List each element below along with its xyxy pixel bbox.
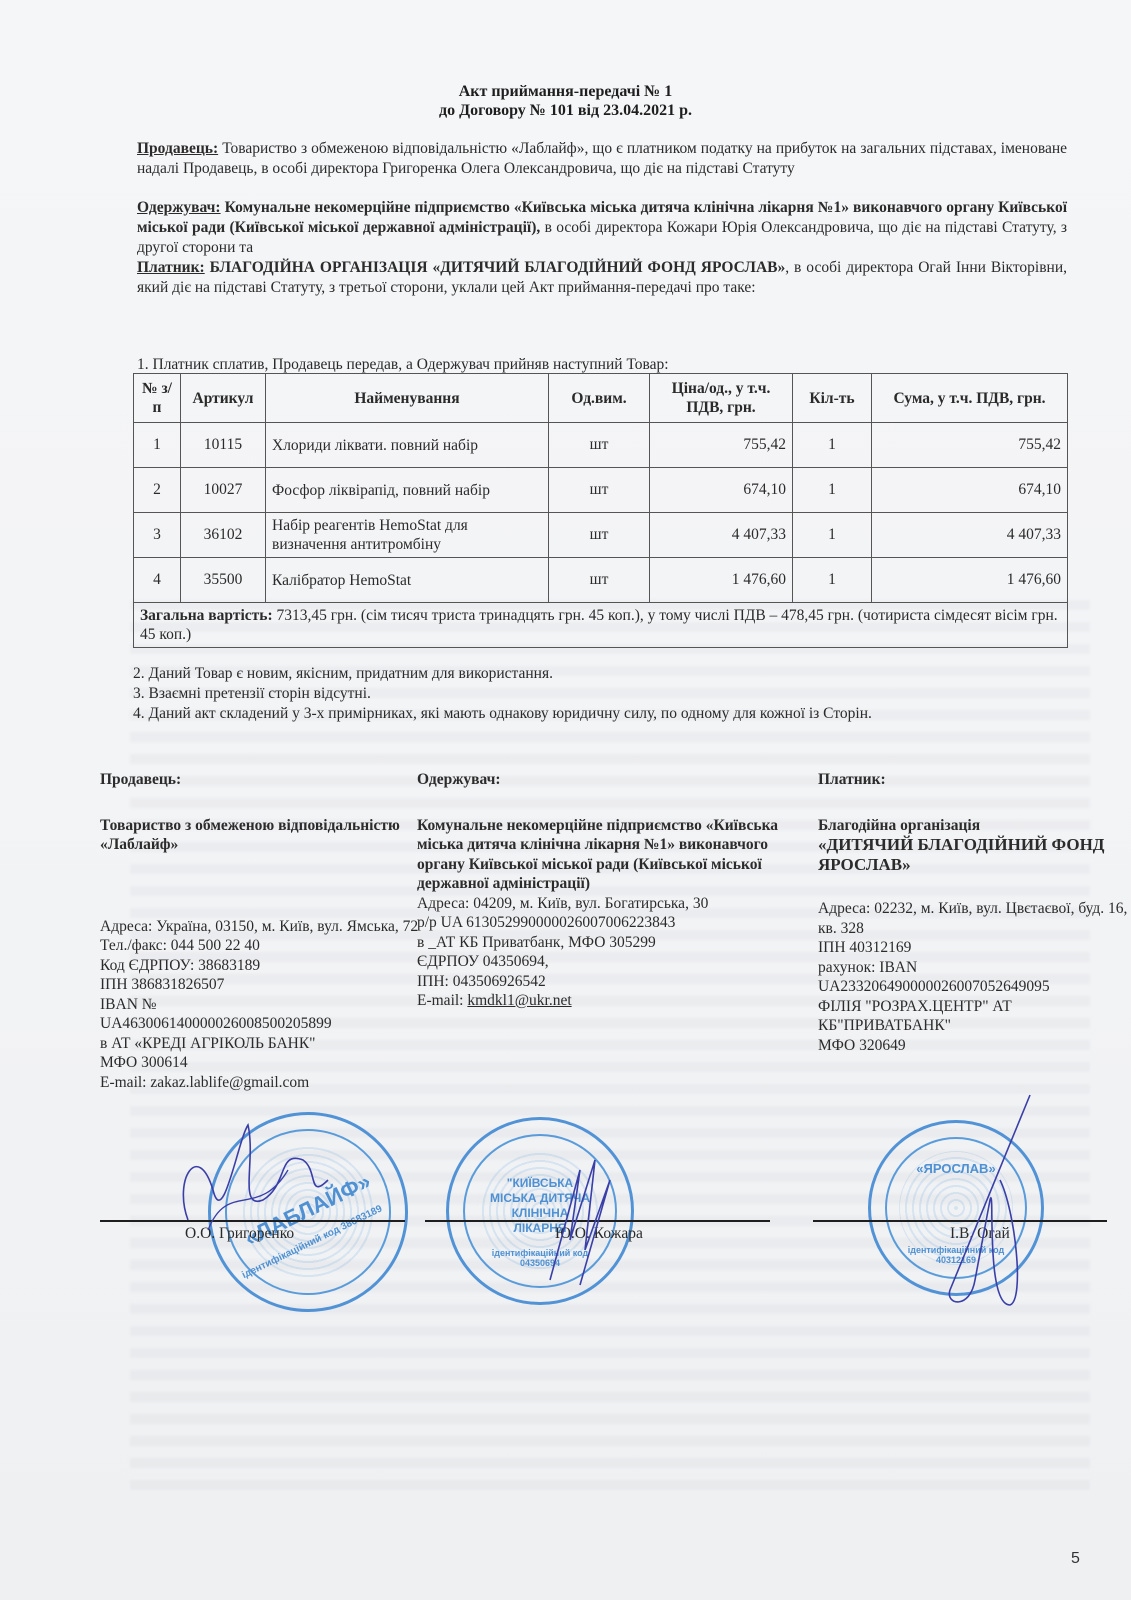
seller-email-label: E-mail: bbox=[100, 1074, 150, 1091]
detail-line: ІПН 40312169 bbox=[818, 938, 1128, 958]
payer-org-line1: Благодійна організація bbox=[818, 816, 1128, 836]
detail-line: рахунок: IBAN bbox=[818, 958, 1128, 978]
cell-article: 10115 bbox=[181, 423, 266, 468]
cell-qty: 1 bbox=[793, 558, 872, 603]
cell-price: 674,10 bbox=[650, 468, 793, 513]
table-row: 336102Набір реагентів HemoStat для визна… bbox=[134, 513, 1068, 558]
cell-num: 4 bbox=[134, 558, 181, 603]
seller-paragraph: Продавець: Товариство з обмеженою відпов… bbox=[137, 139, 1067, 179]
seller-details: Продавець: Товариство з обмеженою відпов… bbox=[100, 770, 420, 1092]
cell-price: 1 476,60 bbox=[650, 558, 793, 603]
clause-4: 4. Даний акт складений у 3-х примірниках… bbox=[133, 704, 872, 724]
detail-line: Адреса: 04209, м. Київ, вул. Богатирська… bbox=[417, 894, 797, 914]
cell-article: 36102 bbox=[181, 513, 266, 558]
header-article: Артикул bbox=[181, 374, 266, 423]
cell-sum: 674,10 bbox=[872, 468, 1068, 513]
cell-name: Фосфор ліквірапід, повний набір bbox=[266, 468, 549, 513]
cell-price: 4 407,33 bbox=[650, 513, 793, 558]
items-intro: 1. Платник сплатив, Продавець передав, а… bbox=[137, 356, 669, 374]
header-unit: Од.вим. bbox=[549, 374, 650, 423]
table-row: 110115Хлориди ліквати. повний набіршт755… bbox=[134, 423, 1068, 468]
cell-name: Калібратор HemoStat bbox=[266, 558, 549, 603]
header-price: Ціна/од., у т.ч. ПДВ, грн. bbox=[650, 374, 793, 423]
detail-line: в АТ «КРЕДІ АГРІКОЛЬ БАНК" bbox=[100, 1034, 420, 1054]
header-name: Найменування bbox=[266, 374, 549, 423]
cell-price: 755,42 bbox=[650, 423, 793, 468]
cell-qty: 1 bbox=[793, 513, 872, 558]
detail-line: IBAN № bbox=[100, 995, 420, 1015]
cell-sum: 755,42 bbox=[872, 423, 1068, 468]
recipient-label: Одержувач: bbox=[137, 199, 221, 216]
recipient-email-link[interactable]: kmdkl1@ukr.net bbox=[467, 992, 571, 1009]
payer-org-line2: «ДИТЯЧИЙ БЛАГОДІЙНИЙ ФОНД ЯРОСЛАВ» bbox=[818, 835, 1128, 875]
cell-num: 3 bbox=[134, 513, 181, 558]
table-row: 435500Калібратор HemoStatшт1 476,6011 47… bbox=[134, 558, 1068, 603]
payer-paragraph: Платник: БЛАГОДІЙНА ОРГАНІЗАЦІЯ «ДИТЯЧИЙ… bbox=[137, 258, 1067, 298]
cell-unit: шт bbox=[549, 423, 650, 468]
cell-name: Набір реагентів HemoStat для визначення … bbox=[266, 513, 549, 558]
clause-3: 3. Взаємні претензії сторін відсутні. bbox=[133, 684, 872, 704]
payer-org: БЛАГОДІЙНА ОРГАНІЗАЦІЯ «ДИТЯЧИЙ БЛАГОДІЙ… bbox=[210, 259, 786, 276]
detail-line: Код ЄДРПОУ: 38683189 bbox=[100, 956, 420, 976]
cell-unit: шт bbox=[549, 468, 650, 513]
seller-label: Продавець: bbox=[137, 140, 218, 157]
cell-sum: 4 407,33 bbox=[872, 513, 1068, 558]
cell-name: Хлориди ліквати. повний набір bbox=[266, 423, 549, 468]
recipient-lines: Адреса: 04209, м. Київ, вул. Богатирська… bbox=[417, 894, 797, 992]
detail-line: МФО 320649 bbox=[818, 1036, 1128, 1056]
table-row: 210027Фосфор ліквірапід, повний набіршт6… bbox=[134, 468, 1068, 513]
recipient-email-label: E-mail: bbox=[417, 992, 467, 1009]
cell-num: 2 bbox=[134, 468, 181, 513]
detail-line: UA463006140000026008500205899 bbox=[100, 1014, 420, 1034]
total-label: Загальна вартість: bbox=[140, 607, 273, 624]
total-cell: Загальна вартість: 7313,45 грн. (сім тис… bbox=[134, 603, 1068, 648]
detail-line: ІПН 386831826507 bbox=[100, 975, 420, 995]
document-subtitle: до Договору № 101 від 23.04.2021 р. bbox=[0, 101, 1131, 121]
seller-email-line: E-mail: zakaz.lablife@gmail.com bbox=[100, 1073, 420, 1093]
table-header-row: № з/п Артикул Найменування Од.вим. Ціна/… bbox=[134, 374, 1068, 423]
recipient-details: Одержувач: Комунальне некомерційне підпр… bbox=[417, 770, 797, 1011]
cell-qty: 1 bbox=[793, 468, 872, 513]
header-num: № з/п bbox=[134, 374, 181, 423]
seller-email: zakaz.lablife@gmail.com bbox=[150, 1074, 309, 1091]
detail-line: ФІЛІЯ "РОЗРАХ.ЦЕНТР" АТ КБ"ПРИВАТБАНК" bbox=[818, 997, 1128, 1036]
cell-unit: шт bbox=[549, 513, 650, 558]
payer-label: Платник: bbox=[137, 259, 205, 276]
clause-2: 2. Даний Товар є новим, якісним, придатн… bbox=[133, 664, 872, 684]
document-title: Акт приймання-передачі № 1 bbox=[0, 82, 1131, 102]
clauses-list: 2. Даний Товар є новим, якісним, придатн… bbox=[133, 664, 872, 724]
page-number: 5 bbox=[1071, 1550, 1080, 1568]
detail-line: UA233206490000026007052649095 bbox=[818, 977, 1128, 997]
recipient-email-line: E-mail: kmdkl1@ukr.net bbox=[417, 991, 797, 1011]
seller-lines: Адреса: Україна, 03150, м. Київ, вул. Ям… bbox=[100, 917, 420, 1073]
payer-details: Платник: Благодійна організація «ДИТЯЧИЙ… bbox=[818, 770, 1128, 1055]
items-table: № з/п Артикул Найменування Од.вим. Ціна/… bbox=[133, 373, 1068, 648]
cell-num: 1 bbox=[134, 423, 181, 468]
detail-line: Тел./факс: 044 500 22 40 bbox=[100, 936, 420, 956]
payer-lines: Адреса: 02232, м. Київ, вул. Цвєтаєвої, … bbox=[818, 899, 1128, 1055]
detail-line: в _АТ КБ Приватбанк, МФО 305299 bbox=[417, 933, 797, 953]
header-qty: Кіл-ть bbox=[793, 374, 872, 423]
cell-sum: 1 476,60 bbox=[872, 558, 1068, 603]
seller-org: Товариство з обмеженою відповідальністю … bbox=[100, 816, 420, 855]
header-sum: Сума, у т.ч. ПДВ, грн. bbox=[872, 374, 1068, 423]
seller-heading: Продавець: bbox=[100, 770, 420, 790]
detail-line: ЄДРПОУ 04350694, bbox=[417, 952, 797, 972]
seller-signature-icon bbox=[168, 1120, 338, 1240]
detail-line: Адреса: 02232, м. Київ, вул. Цвєтаєвої, … bbox=[818, 899, 1128, 938]
document-page: Акт приймання-передачі № 1 до Договору №… bbox=[0, 0, 1131, 1600]
payer-heading: Платник: bbox=[818, 770, 1128, 790]
payer-signature-icon bbox=[930, 1090, 1050, 1320]
cell-article: 35500 bbox=[181, 558, 266, 603]
detail-line: Адреса: Україна, 03150, м. Київ, вул. Ям… bbox=[100, 917, 420, 937]
total-text: 7313,45 грн. (сім тисяч триста тринадцят… bbox=[140, 607, 1058, 643]
recipient-signature-icon bbox=[540, 1150, 620, 1290]
recipient-paragraph: Одержувач: Комунальне некомерційне підпр… bbox=[137, 198, 1067, 257]
detail-line: р/р UA 613052990000026007006223843 bbox=[417, 913, 797, 933]
total-row: Загальна вартість: 7313,45 грн. (сім тис… bbox=[134, 603, 1068, 648]
cell-unit: шт bbox=[549, 558, 650, 603]
recipient-heading: Одержувач: bbox=[417, 770, 797, 790]
seller-text: Товариство з обмеженою відповідальністю … bbox=[137, 140, 1067, 177]
cell-article: 10027 bbox=[181, 468, 266, 513]
detail-line: ІПН: 043506926542 bbox=[417, 972, 797, 992]
detail-line: МФО 300614 bbox=[100, 1053, 420, 1073]
cell-qty: 1 bbox=[793, 423, 872, 468]
recipient-org-name: Комунальне некомерційне підприємство «Ки… bbox=[417, 816, 797, 894]
